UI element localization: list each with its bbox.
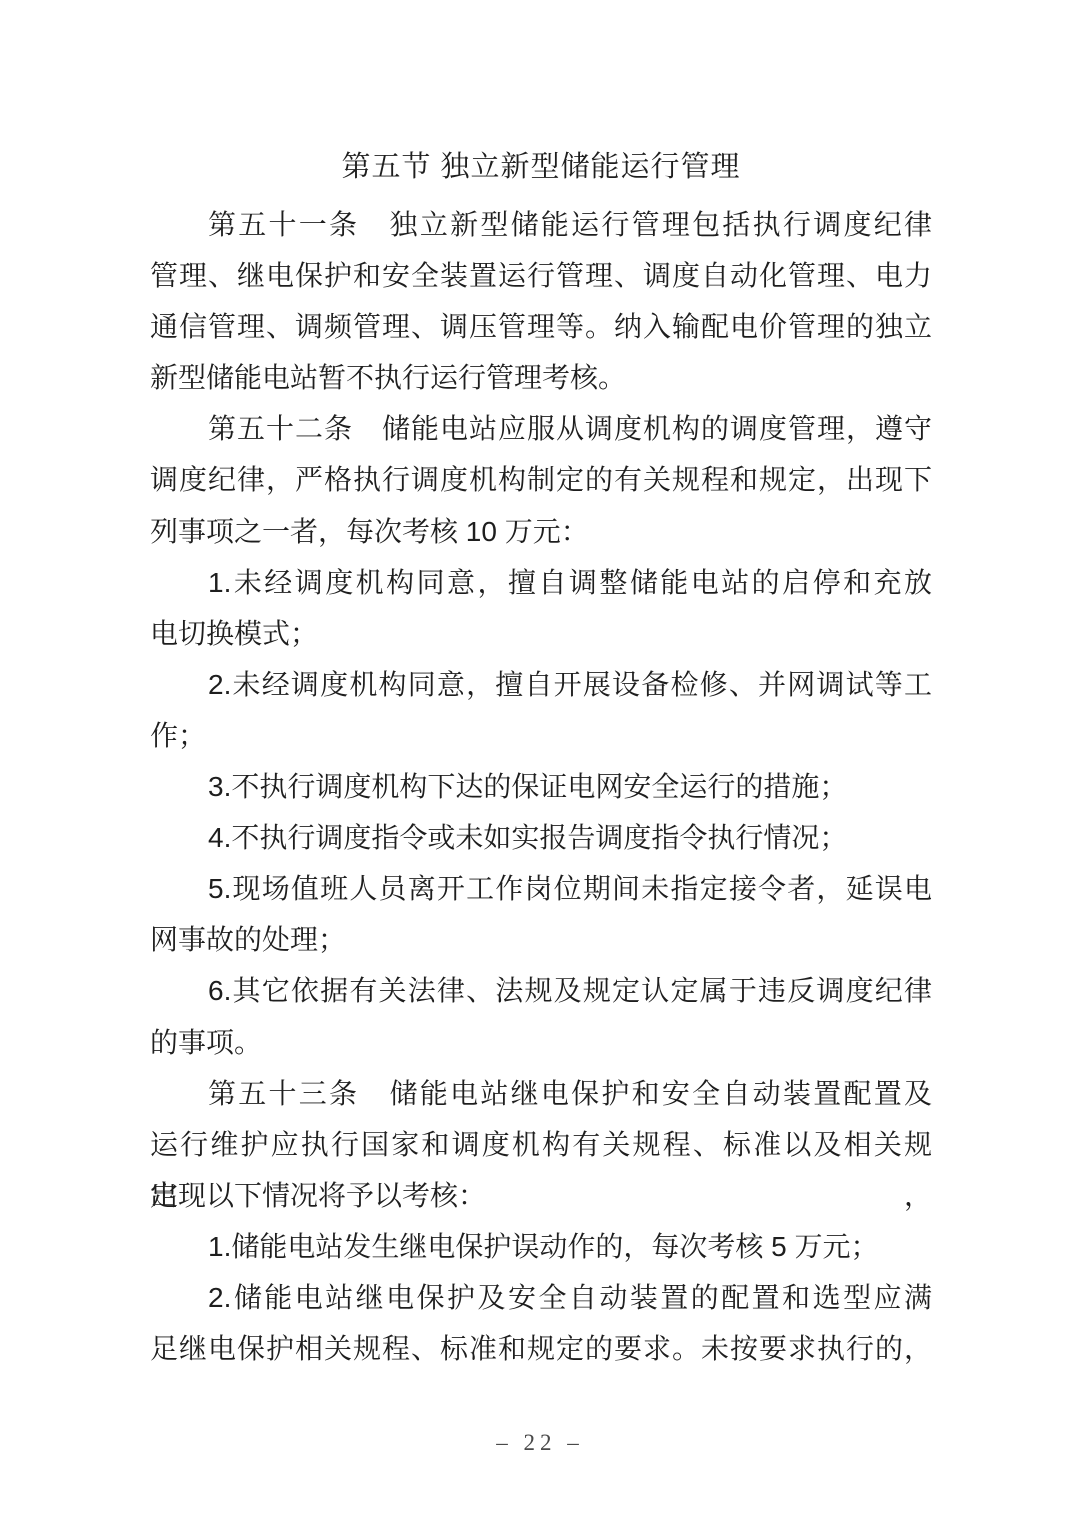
text-line: 2.储能电站继电保护及安全自动装置的配置和选型应满 bbox=[150, 1272, 932, 1323]
text-line: 运行维护应执行国家和调度机构有关规程、标准以及相关规定， bbox=[150, 1119, 932, 1170]
text-line: 第五十二条 储能电站应服从调度机构的调度管理，遵守 bbox=[150, 403, 932, 454]
text-line: 电切换模式； bbox=[150, 608, 932, 659]
text-line: 列事项之一者，每次考核 10 万元： bbox=[150, 506, 932, 557]
document-lines: 第五十一条 独立新型储能运行管理包括执行调度纪律管理、继电保护和安全装置运行管理… bbox=[150, 199, 932, 1374]
text-line: 作； bbox=[150, 710, 932, 761]
text-line: 3.不执行调度机构下达的保证电网安全运行的措施； bbox=[150, 761, 932, 812]
text-line: 足继电保护相关规程、标准和规定的要求。未按要求执行的， bbox=[150, 1323, 932, 1374]
text-line: 第五十三条 储能电站继电保护和安全自动装置配置及 bbox=[150, 1068, 932, 1119]
document-page: 第五节 独立新型储能运行管理 第五十一条 独立新型储能运行管理包括执行调度纪律管… bbox=[0, 0, 1080, 1527]
text-line: 调度纪律，严格执行调度机构制定的有关规程和规定，出现下 bbox=[150, 454, 932, 505]
text-line: 新型储能电站暂不执行运行管理考核。 bbox=[150, 352, 932, 403]
text-line: 通信管理、调频管理、调压管理等。纳入输配电价管理的独立 bbox=[150, 301, 932, 352]
text-line: 1.储能电站发生继电保护误动作的，每次考核 5 万元； bbox=[150, 1221, 932, 1272]
text-line: 5.现场值班人员离开工作岗位期间未指定接令者，延误电 bbox=[150, 863, 932, 914]
text-line: 第五十一条 独立新型储能运行管理包括执行调度纪律 bbox=[150, 199, 932, 250]
text-line: 管理、继电保护和安全装置运行管理、调度自动化管理、电力 bbox=[150, 250, 932, 301]
page-number: – 22 – bbox=[0, 1428, 1080, 1458]
text-line: 1.未经调度机构同意，擅自调整储能电站的启停和充放 bbox=[150, 557, 932, 608]
document-body: 第五节 独立新型储能运行管理 第五十一条 独立新型储能运行管理包括执行调度纪律管… bbox=[150, 141, 932, 1374]
text-line: 2.未经调度机构同意，擅自开展设备检修、并网调试等工 bbox=[150, 659, 932, 710]
text-line: 的事项。 bbox=[150, 1017, 932, 1068]
section-title: 第五节 独立新型储能运行管理 bbox=[150, 141, 932, 194]
text-line: 6.其它依据有关法律、法规及规定认定属于违反调度纪律 bbox=[150, 965, 932, 1016]
text-line: 4.不执行调度指令或未如实报告调度指令执行情况； bbox=[150, 812, 932, 863]
text-line: 网事故的处理； bbox=[150, 914, 932, 965]
